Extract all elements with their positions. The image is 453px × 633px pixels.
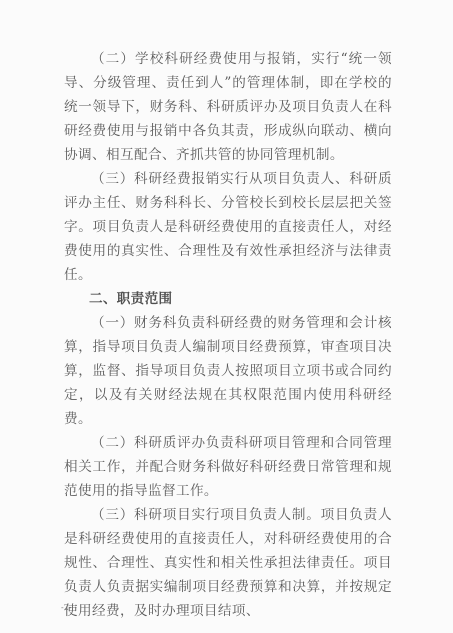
page-number: -2-	[61, 603, 72, 612]
paragraph-finance-office-duties: （一）财务科负责科研经费的财务管理和会计核算，指导项目负责人编制项目经费预算，审…	[64, 311, 392, 431]
paragraph-research-office-duties: （二）科研质评办负责科研项目管理和合同管理相关工作，并配合财务科做好科研经费日常…	[64, 431, 392, 503]
document-body: （二）学校科研经费使用与报销，实行“统一领导、分级管理、责任到人”的管理体制，即…	[64, 47, 392, 623]
section-heading-responsibilities: 二、职责范围	[64, 287, 392, 311]
document-page: （二）学校科研经费使用与报销，实行“统一领导、分级管理、责任到人”的管理体制，即…	[0, 0, 453, 633]
paragraph-project-leader-duties: （三）科研项目实行项目负责人制。项目负责人是科研经费使用的直接责任人，对科研经费…	[64, 503, 392, 623]
paragraph-unified-leadership: （二）学校科研经费使用与报销，实行“统一领导、分级管理、责任到人”的管理体制，即…	[64, 47, 392, 167]
paragraph-reimbursement-signoff: （三）科研经费报销实行从项目负责人、科研质评办主任、财务科科长、分管校长到校长层…	[64, 167, 392, 287]
